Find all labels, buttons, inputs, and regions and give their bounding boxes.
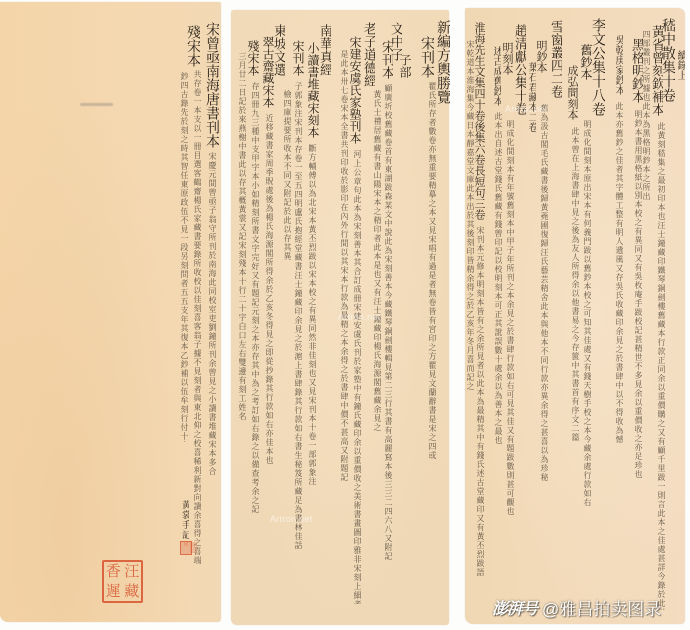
large-seal-stamp: 汪 香 藏 遲 xyxy=(102,560,143,603)
column-note: 存四冊九三種中支甲字本小如精刻所書文字完好又有題記元刻之本亦存其中為之考訂如右錄… xyxy=(251,82,259,612)
column-heading: 黑格明鈔本 xyxy=(630,38,643,105)
column-note: 此本亦舊鈔之佳者其字體工整有明人遺風又存吳氏收藏印余見之於書肆中以不得收為憾 xyxy=(615,102,623,607)
column-note: 是此本卅七卷宋本全書共刊印收於影印在內外行間以其宋本行款為最精之本余得之於書肆中… xyxy=(340,50,348,570)
column-note: 明鈔本書用黑格紙以別本校之有異同又有吳枚庵手跋校記甚精世不多見余以重價收之亦足珍… xyxy=(634,110,642,610)
column-heading: 述古成舊鈔本 xyxy=(491,46,501,108)
watermark-handle: @雅昌拍卖图录 xyxy=(542,595,661,620)
column-note: 此本曾在上海書肆中見之後為友人所得余以他書易之今存篋中其書首有序文二篇 xyxy=(571,127,579,567)
seal-char: 汪 xyxy=(123,562,142,582)
column-heading: 殘宋本 xyxy=(186,25,200,69)
faint-watermark: Artron.net xyxy=(505,104,548,114)
signature: 黃裳手記 xyxy=(180,500,189,542)
watermark-brand: 澎湃号 xyxy=(492,596,537,619)
column-heading: 宋刊本 xyxy=(420,36,434,80)
column-note: 四部叢刊之所據也此本為黑格明鈔本之所出 xyxy=(642,30,650,510)
column-note: 共存卷一本支以一冊目選客鶴齋楊氏家藏書要錄所收校以佳刻喜客翁子據不見刻者與東北仰… xyxy=(193,70,201,615)
column-heading: 舊鈔本 xyxy=(580,44,592,82)
column-note: 宋刊本元修本明刻本皆有之余所見者以此本為最精其中有錢氏述古堂藏印又有黃丕烈跋語 xyxy=(476,226,484,610)
column-heading: 黃省曾刻欽補本 xyxy=(650,25,663,118)
column-note: 宋乾道本淮海集今藏日本靜嘉堂文庫此本出於其後刻印皆精余得之於乙亥年冬月喜而記之 xyxy=(466,40,474,610)
column-note: 鈔四古錄先於刻之時其智任東原政伍不見一段另刻問者五五支年其復本乙鈔補以伍牟刻行付… xyxy=(180,72,188,442)
column-heading: 淮海先生文集四十卷後集六卷長短句三卷 xyxy=(474,22,485,222)
column-note: 子郭象注宋刊本存卷一至五四明盧氏抱經堂藏書汪士鐘藏印余見之於滬上書肆錄其行款如右… xyxy=(294,82,302,602)
column-note: 明成化間刻本有年號舊刻本中甲子年所刊之本余見之於書肆行款如右可見其佳又有題跋數則… xyxy=(506,120,514,610)
column-heading: 明鈔本 xyxy=(536,40,547,75)
column-heading: 老子道德經 xyxy=(362,22,375,89)
column-heading: 宋建安虞氏家塾刊本 xyxy=(349,36,361,146)
column-heading: 宋曾亟南海唐書刊本 xyxy=(205,22,219,152)
column-heading: 殘宋本 xyxy=(247,40,259,78)
seal-char: 香 xyxy=(104,562,123,582)
column-note: 明成化間刻本原出宋本有何義門跋以舊鈔本校之可知其佳處又有錢天樹手校之本今藏余處行… xyxy=(583,120,591,605)
faint-watermark: Artron.net xyxy=(338,312,381,322)
column-heading: 宋刊本 xyxy=(292,40,304,78)
column-heading: 小讀書堆藏宋刻本 xyxy=(307,42,319,140)
column-note: 舊為汲古閣毛氏藏書後歸黃蕘圃復歸汪氏藝芸精舍此本與他本不同行款亦異余得之甚喜以為… xyxy=(540,104,548,584)
column-heading: 嵇中散集十卷 xyxy=(661,18,675,104)
column-heading: 李文公集十八卷 xyxy=(591,18,605,118)
column-note: 此黃刻嵇集之最初印本也汪士鐘藏印鐵琴銅劍樓舊藏本行款正同余以重價購之又有顧千里跋… xyxy=(657,122,665,610)
column-note: 此本出自述古堂錢氏舊藏有錢曾印記以校明刻本可正其訛誤數十處余以為善本之最也 xyxy=(494,112,502,612)
faint-watermark: Artron.net xyxy=(270,514,313,524)
column-note: 三月廿二日記於來燕榭中書此以存其概黃裳又記宋刻殘本十行二十字白口左右雙邊有刻工姓… xyxy=(238,52,246,612)
column-note: 瞿氏所存者數卷亦無重要精摹之本又見宋唱有過是者無卷皆有宮印之方瞿見文蘭辭書是宋之… xyxy=(428,82,436,472)
column-heading: 葉石君藏本二卷 xyxy=(526,62,536,134)
column-heading: 南華真經 xyxy=(318,24,331,78)
paper-stain xyxy=(80,103,113,106)
column-note: 宋慶元間曾亟子翁守所刊於南海此同校室吏劉鐘所刊余曾見之小讀書堆藏宋本多合 xyxy=(208,152,216,547)
source-watermark: 澎湃号 @雅昌拍卖图录 xyxy=(492,597,661,617)
small-seal-stamp-faint xyxy=(190,542,197,553)
column-note: 顧廣圻校舊藏卷首有東湖跋森某文中說此為宋刻善本今藏鐵琴銅劍樓輯見第二三行其書有高… xyxy=(384,84,392,600)
column-heading: 吳乾庚家鈔本 xyxy=(613,35,623,97)
column-heading: 明刻本 xyxy=(502,42,513,77)
column-heading: 雪窗叢四二卷 xyxy=(549,20,562,100)
column-heading: 宋刊本 xyxy=(380,40,393,81)
section-label: 續錄上 xyxy=(675,50,685,82)
seal-char: 遲 xyxy=(104,582,123,602)
seal-char: 藏 xyxy=(123,582,142,602)
column-heading: 新編方輿勝覽 xyxy=(436,20,450,106)
column-note: 斷方輔傅以為北宋本黃丕烈跋以宋本校之有異同然非佳刻也又見宋刊本十卷一部郭象注 xyxy=(308,144,316,564)
column-note: 河上公章句此本為宋刻善本其合訂成冊宋建安虞氏刊於家塾中有鐘氏藏印余以重價收之美術… xyxy=(353,150,361,604)
column-heading: 成弘間刻本 xyxy=(567,65,578,122)
column-heading: 翠古齋藏宋本 xyxy=(262,36,274,110)
column-note: 黃氏士禮居舊藏有書山陽宋本之精印者此本是也又有汪士鐘藏印楊氏海源閣舊藏余見之 xyxy=(373,90,381,560)
column-note: 檢四庫提要所收本不同又附記於此以存其異 xyxy=(283,90,291,410)
